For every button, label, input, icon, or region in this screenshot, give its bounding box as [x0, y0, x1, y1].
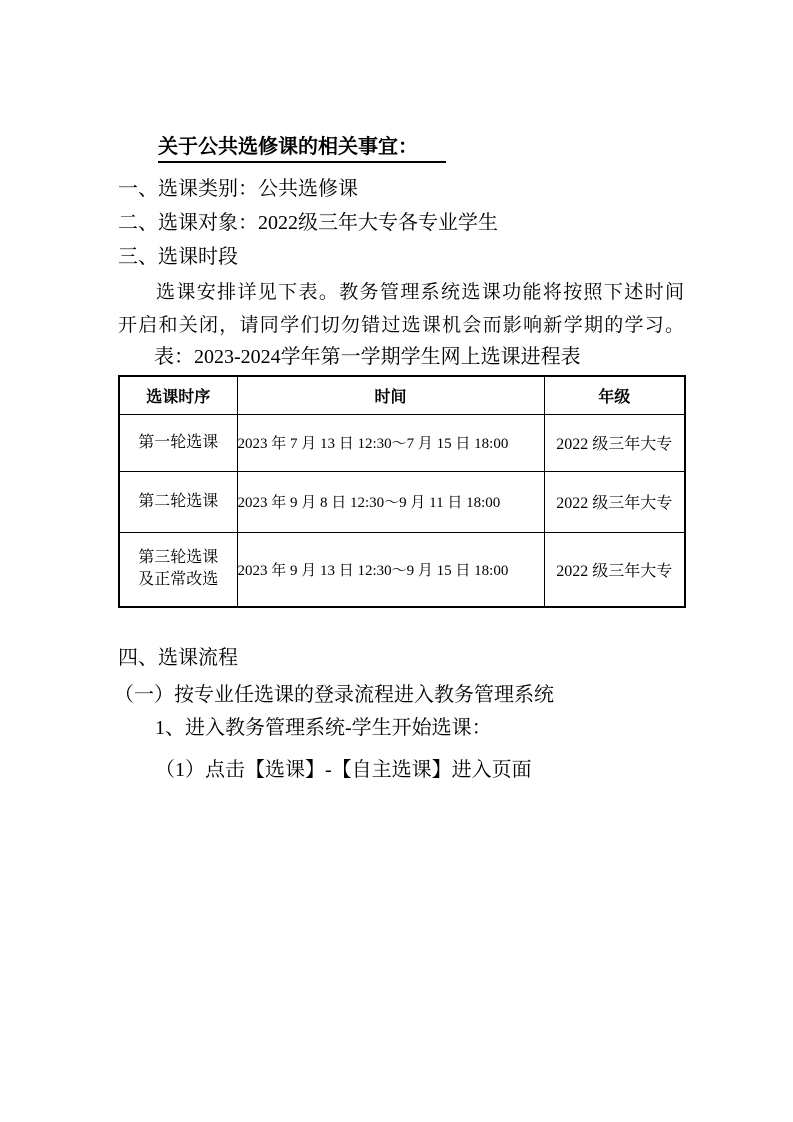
- table-row: 第三轮选课 及正常改选 2023 年 9 月 13 日 12:30～9 月 15…: [119, 532, 685, 607]
- cell-grade: 2022 级三年大专: [544, 532, 685, 607]
- cell-phase: 第三轮选课 及正常改选: [119, 532, 237, 607]
- table-row: 第二轮选课 2023 年 9 月 8 日 12:30～9 月 11 日 18:0…: [119, 471, 685, 532]
- cell-phase: 第一轮选课: [119, 414, 237, 471]
- col-header-grade: 年级: [544, 376, 685, 414]
- table-caption: 表：2023-2024学年第一学期学生网上选课进程表: [154, 344, 581, 370]
- cell-time: 2023 年 7 月 13 日 12:30～7 月 15 日 18:00: [237, 414, 544, 471]
- intro-paragraph-line-2: 开启和关闭，请同学们切勿错过选课机会而影响新学期的学习。: [118, 313, 684, 339]
- page-title: 关于公共选修课的相关事宜：: [158, 134, 446, 163]
- table-row: 第一轮选课 2023 年 7 月 13 日 12:30～7 月 15 日 18:…: [119, 414, 685, 471]
- step-enter-system: 1、进入教务管理系统-学生开始选课：: [155, 715, 492, 741]
- cell-grade: 2022 级三年大专: [544, 414, 685, 471]
- col-header-phase: 选课时序: [119, 376, 237, 414]
- numbered-item-course-type: 一、选课类别：公共选修课: [118, 176, 358, 202]
- numbered-item-selection-period: 三、选课时段: [118, 244, 238, 270]
- cell-phase: 第二轮选课: [119, 471, 237, 532]
- numbered-item-target-students: 二、选课对象：2022级三年大专各专业学生: [118, 210, 498, 236]
- table-header-row: 选课时序 时间 年级: [119, 376, 685, 414]
- cell-time: 2023 年 9 月 8 日 12:30～9 月 11 日 18:00: [237, 471, 544, 532]
- cell-grade: 2022 级三年大专: [544, 471, 685, 532]
- step-click-course-selection: （1）点击【选课】-【自主选课】进入页面: [155, 757, 532, 783]
- subsection-login-flow: （一）按专业任选课的登录流程进入教务管理系统: [114, 682, 554, 708]
- schedule-table: 选课时序 时间 年级 第一轮选课 2023 年 7 月 13 日 12:30～7…: [118, 375, 686, 608]
- section-heading-procedure: 四、选课流程: [118, 645, 238, 671]
- document-page: 关于公共选修课的相关事宜： 一、选课类别：公共选修课 二、选课对象：2022级三…: [0, 0, 793, 1122]
- col-header-time: 时间: [237, 376, 544, 414]
- intro-paragraph-line-1: 选课安排详见下表。教务管理系统选课功能将按照下述时间: [118, 280, 684, 306]
- cell-time: 2023 年 9 月 13 日 12:30～9 月 15 日 18:00: [237, 532, 544, 607]
